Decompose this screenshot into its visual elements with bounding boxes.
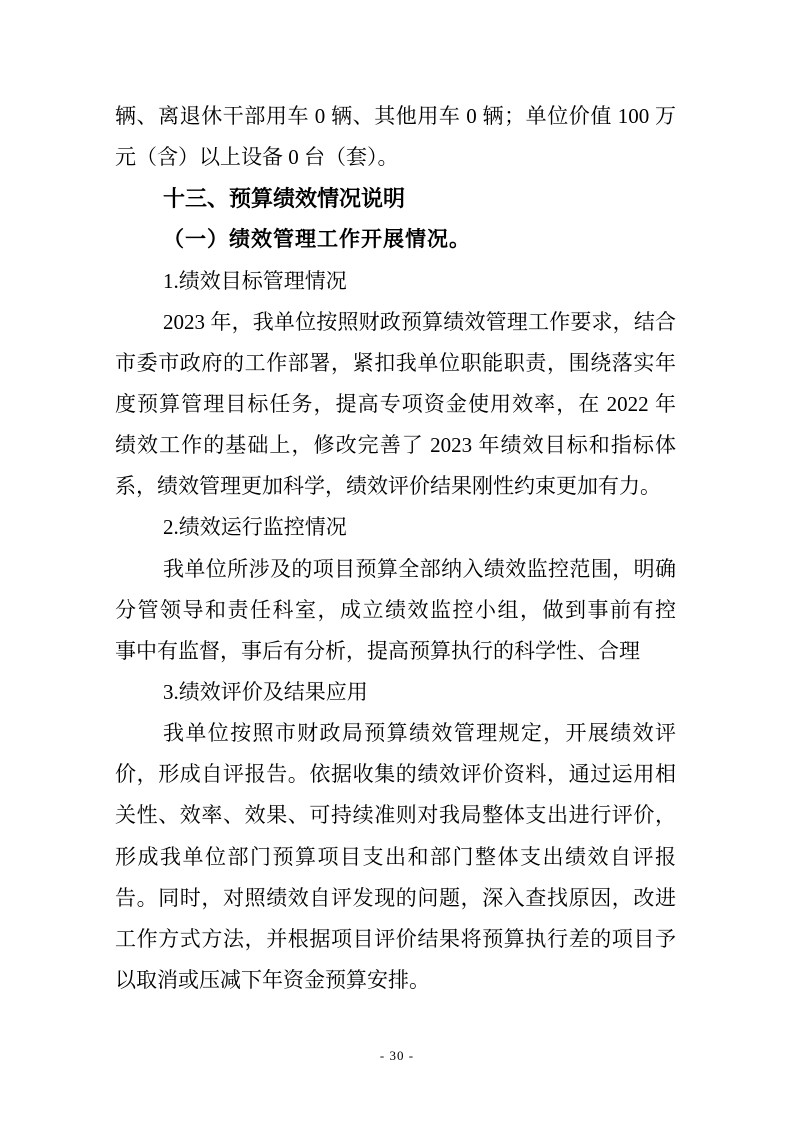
paragraph-line: 事中有监督，事后有分析，提高预算执行的科学性、合理性。 xyxy=(115,631,676,672)
section-heading: 十三、预算绩效情况说明 xyxy=(115,178,676,219)
paragraph-line: 形成我单位部门预算项目支出和部门整体支出绩效自评报 xyxy=(115,837,676,878)
paragraph-line: 告。同时，对照绩效自评发现的问题，深入查找原因，改进 xyxy=(115,878,676,919)
paragraph-line: 我单位按照市财政局预算绩效管理规定，开展绩效评 xyxy=(115,713,676,754)
paragraph-line: 关性、效率、效果、可持续准则对我局整体支出进行评价， xyxy=(115,795,676,836)
paragraph-line: 工作方式方法，并根据项目评价结果将预算执行差的项目予 xyxy=(115,919,676,960)
document-page: 辆、离退休干部用车 0 辆、其他用车 0 辆；单位价值 100 万 元（含）以上… xyxy=(0,0,794,1123)
paragraph-line: 绩效工作的基础上，修改完善了 2023 年绩效目标和指标体 xyxy=(115,425,676,466)
paragraph-line: 2023 年，我单位按照财政预算绩效管理工作要求，结合 xyxy=(115,302,676,343)
paragraph-line: 元（含）以上设备 0 台（套）。 xyxy=(115,137,676,178)
paragraph-line: 系，绩效管理更加科学，绩效评价结果刚性约束更加有力。 xyxy=(115,466,676,507)
footer-page-number: - 30 - xyxy=(0,1048,794,1064)
numbered-item-heading: 1.绩效目标管理情况 xyxy=(115,261,676,302)
paragraph-line: 价，形成自评报告。依据收集的绩效评价资料，通过运用相 xyxy=(115,754,676,795)
document-body: 辆、离退休干部用车 0 辆、其他用车 0 辆；单位价值 100 万 元（含）以上… xyxy=(115,96,676,1001)
paragraph-line: 以取消或压减下年资金预算安排。 xyxy=(115,960,676,1001)
numbered-item-heading: 3.绩效评价及结果应用 xyxy=(115,672,676,713)
paragraph-line: 辆、离退休干部用车 0 辆、其他用车 0 辆；单位价值 100 万 xyxy=(115,96,676,137)
paragraph-line: 分管领导和责任科室，成立绩效监控小组，做到事前有控制， xyxy=(115,590,676,631)
numbered-item-heading: 2.绩效运行监控情况 xyxy=(115,507,676,548)
paragraph-line: 市委市政府的工作部署，紧扣我单位职能职责，围绕落实年 xyxy=(115,343,676,384)
paragraph-line: 我单位所涉及的项目预算全部纳入绩效监控范围，明确 xyxy=(115,549,676,590)
paragraph-line: 度预算管理目标任务，提高专项资金使用效率，在 2022 年 xyxy=(115,384,676,425)
subsection-heading: （一）绩效管理工作开展情况。 xyxy=(115,219,676,260)
